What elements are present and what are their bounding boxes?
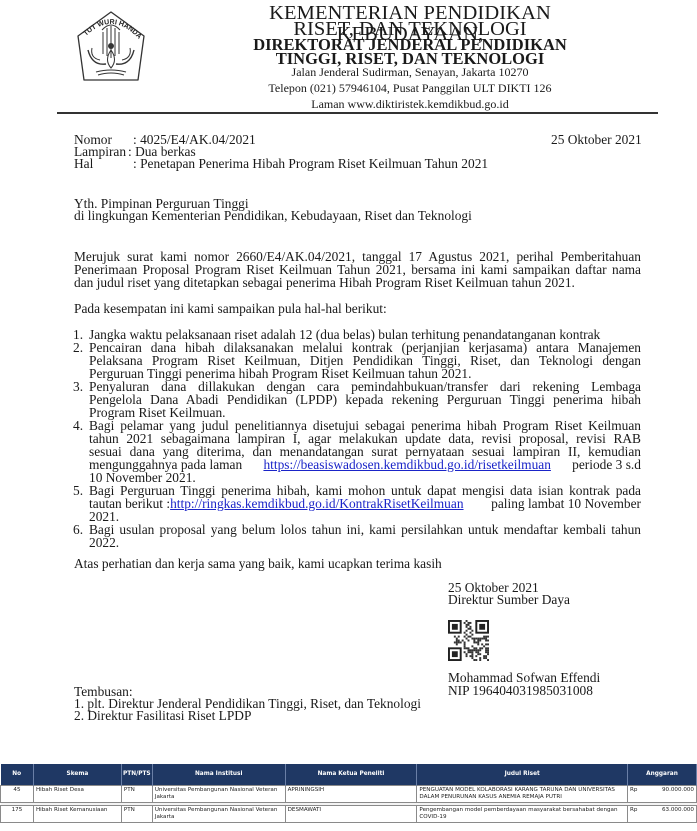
link-suffix: paling lambat 10 November (491, 497, 641, 510)
tembusan-item: 2. Direktur Fasilitasi Riset LPDP (74, 709, 251, 722)
list-item: 2.Pencairan dana hibah dilaksanakan mela… (89, 341, 641, 380)
cell-skema: Hibah Riset Kemanusiaan (33, 805, 121, 822)
grant-recipients-table: No Skema PTN/PTS Nama Institusi Nama Ket… (0, 764, 697, 823)
list-item: 6.Bagi usulan proposal yang belum lolos … (89, 523, 641, 549)
svg-text:TUT WURI HANDAYANI: TUT WURI HANDAYANI (58, 4, 143, 40)
qr-code-icon (448, 620, 489, 661)
recipient-line2: di lingkungan Kementerian Pendidikan, Ke… (74, 209, 472, 222)
cell-judul: Pengembangan model pemberdayaan masyarak… (417, 805, 628, 822)
intro-line: dan judul riset yang ditetapkan sebagai … (74, 276, 641, 289)
cell-institusi: Universitas Pembangunan Nasional Veteran… (152, 805, 285, 822)
hal-label: Hal (74, 157, 93, 170)
cell-anggaran: Rp63.000.000 (628, 805, 697, 822)
url-link[interactable]: https://beasiswadosen.kemdikbud.go.id/ri… (263, 458, 551, 471)
table-row: 175Hibah Riset KemanusiaanPTNUniversitas… (1, 805, 697, 822)
office-phone: Telepon (021) 57946104, Pusat Panggilan … (200, 82, 620, 94)
col-header-skema: Skema (33, 764, 121, 785)
table-header-row: No Skema PTN/PTS Nama Institusi Nama Ket… (1, 764, 697, 785)
cell-judul: PENGUATAN MODEL KOLABORASI KARANG TARUNA… (417, 785, 628, 802)
signature-position: Direktur Sumber Daya (448, 593, 570, 606)
office-address: Jalan Jenderal Sudirman, Senayan, Jakart… (200, 66, 620, 78)
lead-in: Pada kesempatan ini kami sampaikan pula … (74, 302, 387, 315)
link-suffix: periode 3 s.d (572, 458, 641, 471)
amount-value: 63.000.000 (662, 807, 694, 815)
currency-label: Rp (630, 787, 637, 795)
cell-anggaran: Rp90.000.000 (628, 785, 697, 802)
amount-value: 90.000.000 (662, 787, 694, 795)
closing-text: Atas perhatian dan kerja sama yang baik,… (74, 557, 442, 570)
cell-ptn-pts: PTN (121, 785, 152, 802)
cell-ketua: APRININGSIH (285, 785, 417, 802)
list-line: tautan berikut :http://ringkas.kemdikbud… (89, 497, 641, 510)
cell-ptn-pts: PTN (121, 805, 152, 822)
list-number: 2. (73, 341, 83, 354)
list-number: 4. (73, 419, 83, 432)
list-number: 3. (73, 380, 83, 393)
url-link[interactable]: http://ringkas.kemdikbud.go.id/KontrakRi… (170, 497, 463, 510)
col-header-institusi: Nama Institusi (152, 764, 285, 785)
letterhead-divider (57, 112, 658, 114)
list-item: 3.Penyaluran dana dillakukan dengan cara… (89, 380, 641, 419)
list-line: 2022. (89, 536, 641, 549)
table-row: 45Hibah Riset DesaPTNUniversitas Pembang… (1, 785, 697, 802)
cell-no: 175 (1, 805, 34, 822)
list-line: Bagi usulan proposal yang belum lolos ta… (89, 523, 641, 536)
col-header-anggaran: Anggaran (628, 764, 697, 785)
cell-institusi: Universitas Pembangunan Nasional Veteran… (152, 785, 285, 802)
col-header-ptn-pts: PTN/PTS (121, 764, 152, 785)
col-header-judul: Judul Riset (417, 764, 628, 785)
hal-value: : Penetapan Penerima Hibah Program Riset… (133, 157, 488, 170)
intro-paragraph: Merujuk surat kami nomor 2660/E4/AK.04/2… (74, 250, 641, 289)
signer-nip: NIP 196404031985031008 (448, 684, 593, 697)
cell-ketua: DESMAWATI (285, 805, 417, 822)
list-item: 4.Bagi pelamar yang judul penelitiannya … (89, 419, 641, 484)
col-header-no: No (1, 764, 34, 785)
list-number: 6. (73, 523, 83, 536)
list-item: 5.Bagi Perguruan Tinggi penerima hibah, … (89, 484, 641, 523)
cell-skema: Hibah Riset Desa (33, 785, 121, 802)
list-number: 5. (73, 484, 83, 497)
cell-no: 45 (1, 785, 34, 802)
currency-label: Rp (630, 807, 637, 815)
ministry-logo: TUT WURI HANDAYANI (58, 4, 164, 92)
office-website: Laman www.diktiristek.kemdikbud.go.id (200, 98, 620, 110)
letter-date: 25 Oktober 2021 (551, 133, 642, 146)
col-header-ketua: Nama Ketua Peneliti (285, 764, 417, 785)
